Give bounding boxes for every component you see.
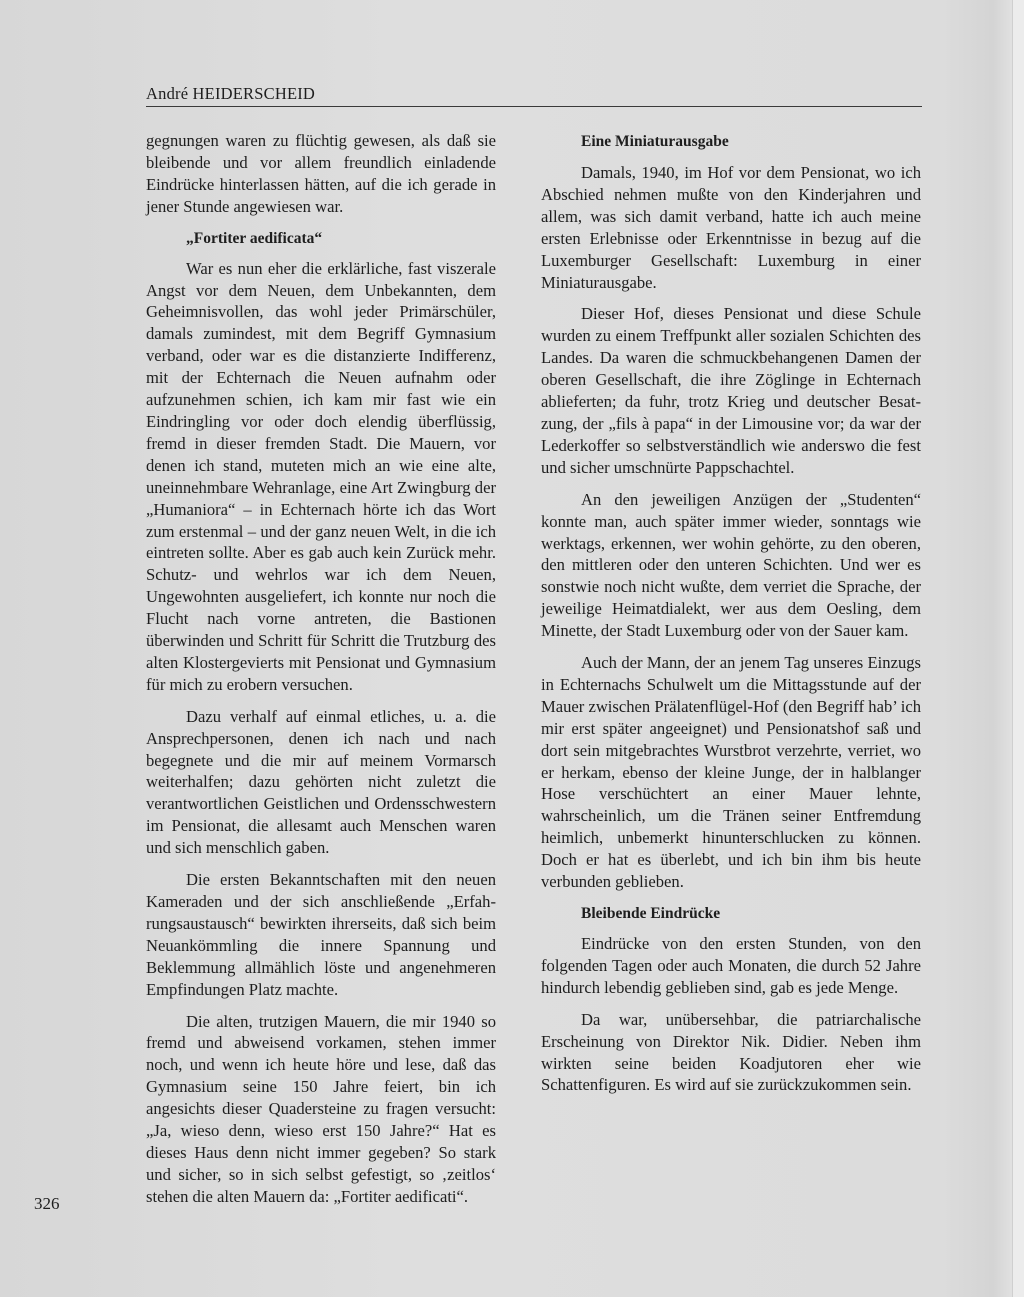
paragraph: Die ersten Bekanntschaften mit den neuen… [146,869,496,1000]
paragraph: Dazu verhalf auf einmal etliches, u. a. … [146,706,496,859]
section-heading-fortiter-aedificata: „Fortiter aedificata“ [186,228,496,250]
paragraph: Eindrücke von den ersten Stunden, von de… [541,933,921,999]
paragraph: Die alten, trutzigen Mauern, die mir 194… [146,1011,496,1208]
paragraph: An den jeweiligen Anzügen der „Studen­te… [541,489,921,642]
paragraph: Da war, unübersehbar, die patriarchali­s… [541,1009,921,1097]
paragraph: Dieser Hof, dieses Pensionat und diese S… [541,303,921,478]
page-number: 326 [34,1194,60,1214]
running-head-author: André HEIDERSCHEID [146,84,315,104]
paragraph: Damals, 1940, im Hof vor dem Pensionat, … [541,162,921,293]
left-column: gegnungen waren zu flüchtig gewesen, als… [146,130,496,1218]
next-page-edge [1012,0,1024,1297]
right-column: Eine Miniaturausgabe Damals, 1940, im Ho… [541,131,921,1106]
section-heading-eine-miniaturausgabe: Eine Miniaturausgabe [581,131,921,153]
header-rule [146,106,922,107]
paragraph-continuation: gegnungen waren zu flüchtig gewesen, als… [146,130,496,218]
section-heading-bleibende-eindruecke: Bleibende Eindrücke [581,903,921,925]
paragraph: War es nun eher die erklärliche, fast vi… [146,258,496,696]
paragraph: Auch der Mann, der an jenem Tag unseres … [541,652,921,893]
